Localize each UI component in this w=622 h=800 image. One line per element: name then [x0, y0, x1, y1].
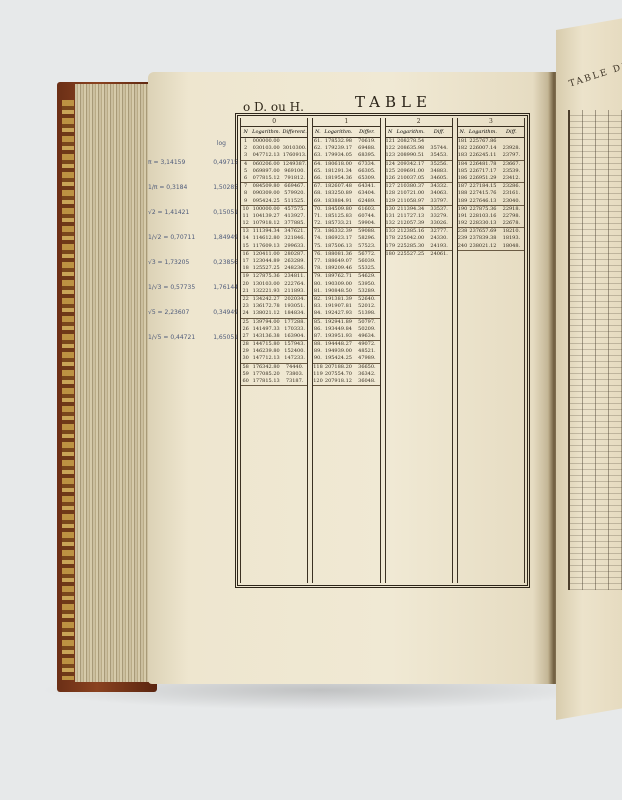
table-cell: 207188.20	[323, 364, 355, 371]
table-block: 2NLogarithm.Diff.121.208278.54122.208635…	[385, 118, 453, 583]
table-row: 130.211394.3433537.	[386, 206, 452, 213]
table-row: 190.227875.3622918.	[458, 206, 524, 213]
table-cell: 65.	[313, 168, 322, 175]
table-row: 189.227646.1323040.	[458, 198, 524, 206]
table-cell	[282, 138, 307, 145]
table-cell: 192941.89	[323, 319, 355, 326]
table-row: 62.179239.1769488.	[313, 145, 379, 152]
table-row: 66.181954.3665309.	[313, 175, 379, 183]
column-header: Logarithm.	[250, 129, 282, 135]
table-row: 78.189209.4655325.	[313, 265, 379, 273]
table-cell: 227415.76	[467, 190, 499, 197]
table-cell: 18048.	[499, 243, 524, 250]
table-row: 72.185733.2159904.	[313, 220, 379, 228]
table-row: 80.190309.0053950.	[313, 281, 379, 288]
table-cell: 132.	[386, 220, 395, 227]
table-cell: 60744.	[354, 213, 379, 220]
table-cell: 49072.	[354, 341, 379, 348]
table-cell: 56772.	[354, 251, 379, 258]
table-row: 27143136.38163904.	[241, 333, 307, 341]
table-cell: 60	[241, 378, 250, 385]
table-row: 182.226007.1423928.	[458, 145, 524, 152]
note-entry: 1/√2 = 0,707111,84949	[148, 225, 238, 250]
table-cell: 226481.78	[467, 161, 499, 168]
table-cell: 68.	[313, 190, 322, 197]
table-cell: 123.	[386, 152, 395, 159]
column-headers: N.Logarithm.Diff.	[458, 126, 524, 138]
table-cell: 34605.	[427, 175, 452, 182]
table-cell: 188081.36	[323, 251, 355, 258]
table-cell: 53950.	[354, 281, 379, 288]
table-cell: 144715.80	[250, 341, 282, 348]
column-header: N.	[313, 129, 322, 135]
table-cell: 59	[241, 371, 250, 378]
table-cell: 210380.37	[395, 183, 427, 190]
table-row: 19127875.36234811.	[241, 273, 307, 280]
table-cell: 34063.	[427, 190, 452, 197]
table-cell: 127875.36	[250, 273, 282, 280]
table-cell: 119.	[313, 371, 322, 378]
table-cell: 139794.00	[250, 319, 282, 326]
table-cell: 14	[241, 235, 250, 242]
table-cell: 184834.	[282, 310, 307, 317]
table-cell: 084509.80	[250, 183, 282, 190]
table-cell: 182607.48	[323, 183, 355, 190]
table-cell: 21	[241, 288, 250, 295]
table-cell: 130.	[386, 206, 395, 213]
table-cell: 33279.	[427, 213, 452, 220]
table-cell: 129.	[386, 198, 395, 205]
table-cell: 146239.80	[250, 348, 282, 355]
table-row: 88.194448.2749072.	[313, 341, 379, 348]
table-cell: 209691.00	[395, 168, 427, 175]
table-cell: 18	[241, 265, 250, 272]
table-cell: 131.	[386, 213, 395, 220]
table-cell: 457575.	[282, 206, 307, 213]
table-cell: 186923.17	[323, 235, 355, 242]
table-cell: 59904.	[354, 220, 379, 227]
table-cell: 62.	[313, 145, 322, 152]
table-cell: 24330.	[427, 235, 452, 242]
table-cell: 81.	[313, 288, 322, 295]
table-row: 127.210380.3734332.	[386, 183, 452, 190]
table-cell: 147712.13	[250, 355, 282, 362]
table-cell: 134242.27	[250, 296, 282, 303]
table-row: 185.226717.1723539.	[458, 168, 524, 175]
table-cell: 791812.	[282, 175, 307, 182]
table-cell: 114612.80	[250, 235, 282, 242]
table-cell: 36048.	[354, 378, 379, 385]
block-label: 1	[313, 118, 379, 126]
table-cell: 228103.16	[467, 213, 499, 220]
table-cell	[499, 138, 524, 145]
table-cell: 76.	[313, 251, 322, 258]
table-cell: 24	[241, 310, 250, 317]
gilt-tooling	[62, 100, 74, 680]
table-cell: 28	[241, 341, 250, 348]
table-cell: 192427.93	[323, 310, 355, 317]
table-row: 180.225527.2524061.	[386, 251, 452, 258]
table-cell: 226717.17	[467, 168, 499, 175]
table-cell: 125.	[386, 168, 395, 175]
table-cell: 180.	[386, 251, 395, 258]
table-cell: 52640.	[354, 296, 379, 303]
table-cell: 180618.00	[323, 161, 355, 168]
table-cell: 188.	[458, 190, 467, 197]
table-row: 82.191381.3952640.	[313, 296, 379, 303]
table-cell: 193051.	[282, 303, 307, 310]
table-cell: 225285.30	[395, 243, 427, 250]
table-cell: 202034.	[282, 296, 307, 303]
table-cell: 207554.70	[323, 371, 355, 378]
table-cell: 107918.12	[250, 220, 282, 227]
table-cell: 69.	[313, 198, 322, 205]
table-cell: 126.	[386, 175, 395, 182]
table-cell: 33797.	[427, 198, 452, 205]
table-row: 23136172.78193051.	[241, 303, 307, 310]
column-header: Differ.	[354, 129, 379, 135]
table-cell: 23286.	[499, 183, 524, 190]
table-row: 16120411.00280287.	[241, 251, 307, 258]
table-cell: 1249387.	[282, 161, 307, 168]
table-cell: 59088.	[354, 228, 379, 235]
column-headers: NLogarithm.Diff.	[386, 126, 452, 138]
table-cell: 185125.83	[323, 213, 355, 220]
table-cell: 090309.00	[250, 190, 282, 197]
table-cell: 227875.36	[467, 206, 499, 213]
running-head: o D. ou H.	[243, 100, 304, 114]
table-cell: 33537.	[427, 206, 452, 213]
table-cell: 195424.25	[323, 355, 355, 362]
table-cell: 66305.	[354, 168, 379, 175]
table-cell: 23040.	[499, 198, 524, 205]
table-cell: 280287.	[282, 251, 307, 258]
table-cell: 222764.	[282, 281, 307, 288]
table-row: 89.194939.0048521.	[313, 348, 379, 355]
note-entry: 1/√5 = 0,447211,65051	[148, 325, 238, 350]
table-cell: 34332.	[427, 183, 452, 190]
table-cell: 226007.14	[467, 145, 499, 152]
note-expression: 1/π = 0,3184	[148, 184, 187, 191]
table-cell: 89.	[313, 348, 322, 355]
note-expression: √5 = 2,23607	[148, 309, 189, 316]
table-cell: 50797.	[354, 319, 379, 326]
table-row: 22134242.27202034.	[241, 296, 307, 303]
table-cell: 64.	[313, 161, 322, 168]
table-cell: 58	[241, 364, 250, 371]
table-cell: 181954.36	[323, 175, 355, 182]
table-cell: 75.	[313, 243, 322, 250]
table-cell: 189.	[458, 198, 467, 205]
table-cell: 190.	[458, 206, 467, 213]
table-cell: 53289.	[354, 288, 379, 295]
table-cell: 104139.27	[250, 213, 282, 220]
table-cell: 157943.	[282, 341, 307, 348]
table-cell: 125527.25	[250, 265, 282, 272]
table-cell: 1760913.	[282, 152, 307, 159]
table-cell: 56039.	[354, 258, 379, 265]
table-cell: 047712.13	[250, 152, 282, 159]
table-cell: 132221.93	[250, 288, 282, 295]
table-cell: 170333.	[282, 326, 307, 333]
note-expression: 1/√3 = 0,57735	[148, 284, 195, 291]
table-row: 67.182607.4864341.	[313, 183, 379, 190]
table-cell: 23667.	[499, 161, 524, 168]
table-cell: 51398.	[354, 310, 379, 317]
table-cell: 124.	[386, 161, 395, 168]
table-cell: 152400.	[282, 348, 307, 355]
table-cell: 179934.05	[323, 152, 355, 159]
table-row: 124.209342.1735256.	[386, 161, 452, 168]
table-cell: 70619.	[354, 138, 379, 145]
table-cell: 33026.	[427, 220, 452, 227]
table-cell: 10	[241, 206, 250, 213]
table-cell: 64341.	[354, 183, 379, 190]
table-row: 3047712.131760913.	[241, 152, 307, 160]
table-cell: 6	[241, 175, 250, 182]
table-cell: 133.	[386, 228, 395, 235]
table-cell: 177288.	[282, 319, 307, 326]
table-cell: 50209.	[354, 326, 379, 333]
table-row: 59177085.2073803.	[241, 371, 307, 378]
table-cell: 123044.89	[250, 258, 282, 265]
table-row: 239.237839.3818193.	[458, 235, 524, 242]
block-label: 0	[241, 118, 307, 126]
table-cell: 227646.13	[467, 198, 499, 205]
table-cell: 192.	[458, 220, 467, 227]
table-block: 0NLogarithm.Different.1000000.002030103.…	[240, 118, 308, 583]
table-cell: 24061.	[427, 251, 452, 258]
table-row: 123.208990.5135453.	[386, 152, 452, 160]
table-cell: 17	[241, 258, 250, 265]
table-row: 184.226481.7823667.	[458, 161, 524, 168]
table-cell: 4	[241, 161, 250, 168]
table-row: 83.191907.8152012.	[313, 303, 379, 310]
table-cell: 163904.	[282, 333, 307, 340]
table-cell: 210721.00	[395, 190, 427, 197]
table-cell: 86.	[313, 326, 322, 333]
table-cell: 182.	[458, 145, 467, 152]
table-cell: 207918.12	[323, 378, 355, 385]
table-row: 181.225767.86	[458, 138, 524, 145]
table-row: 29146239.80152400.	[241, 348, 307, 355]
table-cell: 23797.	[499, 152, 524, 159]
table-row: 24138021.12184834.	[241, 310, 307, 318]
table-cell: 22678.	[499, 220, 524, 227]
column-header: Logarithm.	[395, 129, 427, 135]
table-row: 6077815.12791812.	[241, 175, 307, 183]
page-block-edges	[75, 84, 155, 682]
table-row: 75.187506.1357523.	[313, 243, 379, 251]
table-cell: 190848.50	[323, 288, 355, 295]
table-row: 73.186332.3959088.	[313, 228, 379, 235]
table-row: 18125527.25248236.	[241, 265, 307, 273]
note-entry: √5 = 2,236070,34949	[148, 300, 238, 325]
table-cell	[427, 138, 452, 145]
table-row: 17123044.89263289.	[241, 258, 307, 265]
table-cell: 177815.13	[250, 378, 282, 385]
table-cell: 189762.71	[323, 273, 355, 280]
table-cell: 117609.13	[250, 243, 282, 250]
table-row: 12107918.12377885.	[241, 220, 307, 228]
column-header: N	[241, 129, 250, 135]
table-row: 90.195424.2547989.	[313, 355, 379, 363]
table-cell: 240.	[458, 243, 467, 250]
table-row: 1000000.00	[241, 138, 307, 145]
table-cell: 70.	[313, 206, 322, 213]
table-cell: 32777.	[427, 228, 452, 235]
table-cell: 23539.	[499, 168, 524, 175]
column-header: Logarithm.	[467, 129, 499, 135]
table-row: 179.225285.3024193.	[386, 243, 452, 251]
table-cell: 208635.98	[395, 145, 427, 152]
table-cell: 128.	[386, 190, 395, 197]
table-cell: 238021.12	[467, 243, 499, 250]
table-cell: 65309.	[354, 175, 379, 182]
table-cell: 67.	[313, 183, 322, 190]
note-entry: √2 = 1,414210,15051	[148, 200, 238, 225]
column-header: N.	[458, 129, 467, 135]
table-cell: 194939.00	[323, 348, 355, 355]
table-cell: 211893.	[282, 288, 307, 295]
table-cell: 69488.	[354, 145, 379, 152]
table-cell: 2	[241, 145, 250, 152]
table-cell: 237839.38	[467, 235, 499, 242]
table-cell: 189209.46	[323, 265, 355, 272]
table-cell: 35453.	[427, 152, 452, 159]
block-label: 2	[386, 118, 452, 126]
table-cell: 263289.	[282, 258, 307, 265]
table-cell: 030103.00	[250, 145, 282, 152]
table-cell: 83.	[313, 303, 322, 310]
book-photo: TABLE DES LOGA o D. ou H. TABLE log π = …	[0, 0, 622, 800]
table-cell: 71.	[313, 213, 322, 220]
table-cell: 179239.17	[323, 145, 355, 152]
table-row: 8090309.00579920.	[241, 190, 307, 197]
table-cell: 5	[241, 168, 250, 175]
table-cell: 237657.69	[467, 228, 499, 235]
table-cell: 22798.	[499, 213, 524, 220]
table-cell: 88.	[313, 341, 322, 348]
table-cell: 194448.27	[323, 341, 355, 348]
table-cell: 225527.25	[395, 251, 427, 258]
table-cell: 211058.97	[395, 198, 427, 205]
table-row: 131.211727.1333279.	[386, 213, 452, 220]
table-row: 63.179934.0568395.	[313, 152, 379, 160]
table-row: 11104139.27413927.	[241, 213, 307, 220]
table-cell: 74.	[313, 235, 322, 242]
table-cell: 57523.	[354, 243, 379, 250]
table-cell: 35744.	[427, 145, 452, 152]
table-cell: 74440.	[282, 364, 307, 371]
table-cell: 120411.00	[250, 251, 282, 258]
table-cell: 181.	[458, 138, 467, 145]
table-cell: 11	[241, 213, 250, 220]
table-cell: 22918.	[499, 206, 524, 213]
table-cell: 228330.13	[467, 220, 499, 227]
table-cell: 36650.	[354, 364, 379, 371]
table-cell: 29	[241, 348, 250, 355]
table-cell: 212057.39	[395, 220, 427, 227]
table-row: 58176342.8074440.	[241, 364, 307, 371]
table-cell: 176342.80	[250, 364, 282, 371]
table-cell: 185.	[458, 168, 467, 175]
table-row: 118.207188.2036650.	[313, 364, 379, 371]
table-cell: 58296.	[354, 235, 379, 242]
table-cell: 22	[241, 296, 250, 303]
column-header: Different.	[282, 129, 307, 135]
table-row: 125.209691.0034883.	[386, 168, 452, 175]
table-cell: 299633.	[282, 243, 307, 250]
table-row: 86.193449.8450209.	[313, 326, 379, 333]
table-cell: 347621.	[282, 228, 307, 235]
table-cell: 23412.	[499, 175, 524, 182]
table-cell: 413927.	[282, 213, 307, 220]
table-cell: 969100.	[282, 168, 307, 175]
table-cell: 9	[241, 198, 250, 205]
table-cell: 23	[241, 303, 250, 310]
table-row: 9095424.25511525.	[241, 198, 307, 206]
table-cell: 669467.	[282, 183, 307, 190]
logarithm-table: 0NLogarithm.Different.1000000.002030103.…	[235, 113, 530, 588]
table-cell: 193449.84	[323, 326, 355, 333]
table-cell: 069897.00	[250, 168, 282, 175]
table-cell: 27	[241, 333, 250, 340]
table-cell: 66.	[313, 175, 322, 182]
table-cell: 225767.86	[467, 138, 499, 145]
table-cell: 3	[241, 152, 250, 159]
table-cell: 234811.	[282, 273, 307, 280]
table-cell: 248236.	[282, 265, 307, 272]
table-cell: 143136.38	[250, 333, 282, 340]
table-row: 65.181291.3466305.	[313, 168, 379, 175]
table-cell: 321846.	[282, 235, 307, 242]
table-row: 61.178532.9870619.	[313, 138, 379, 145]
table-cell: 24193.	[427, 243, 452, 250]
table-cell: 130103.00	[250, 281, 282, 288]
table-cell: 72.	[313, 220, 322, 227]
table-cell: 178532.98	[323, 138, 355, 145]
column-header: N	[386, 129, 395, 135]
table-cell: 208990.51	[395, 152, 427, 159]
table-row: 192.228330.1322678.	[458, 220, 524, 228]
table-cell: 80.	[313, 281, 322, 288]
table-cell: 136172.78	[250, 303, 282, 310]
table-cell: 54629.	[354, 273, 379, 280]
table-cell: 73803.	[282, 371, 307, 378]
table-cell: 210037.05	[395, 175, 427, 182]
table-row: 25139794.00177288.	[241, 319, 307, 326]
table-cell: 84.	[313, 310, 322, 317]
table-cell: 18210.	[499, 228, 524, 235]
table-cell: 61603.	[354, 206, 379, 213]
table-cell: 060206.00	[250, 161, 282, 168]
table-cell: 193951.93	[323, 333, 355, 340]
table-cell: 179.	[386, 243, 395, 250]
table-row: 69.183884.9162489.	[313, 198, 379, 206]
table-row: 68.183250.8963404.	[313, 190, 379, 197]
table-cell: 190309.00	[323, 281, 355, 288]
table-cell: 87.	[313, 333, 322, 340]
table-cell: 61.	[313, 138, 322, 145]
table-cell: 77.	[313, 258, 322, 265]
table-cell: 25	[241, 319, 250, 326]
table-cell: 239.	[458, 235, 467, 242]
table-cell: 184.	[458, 161, 467, 168]
table-cell: 127.	[386, 183, 395, 190]
table-cell: 188649.07	[323, 258, 355, 265]
table-row: 7084509.80669467.	[241, 183, 307, 190]
